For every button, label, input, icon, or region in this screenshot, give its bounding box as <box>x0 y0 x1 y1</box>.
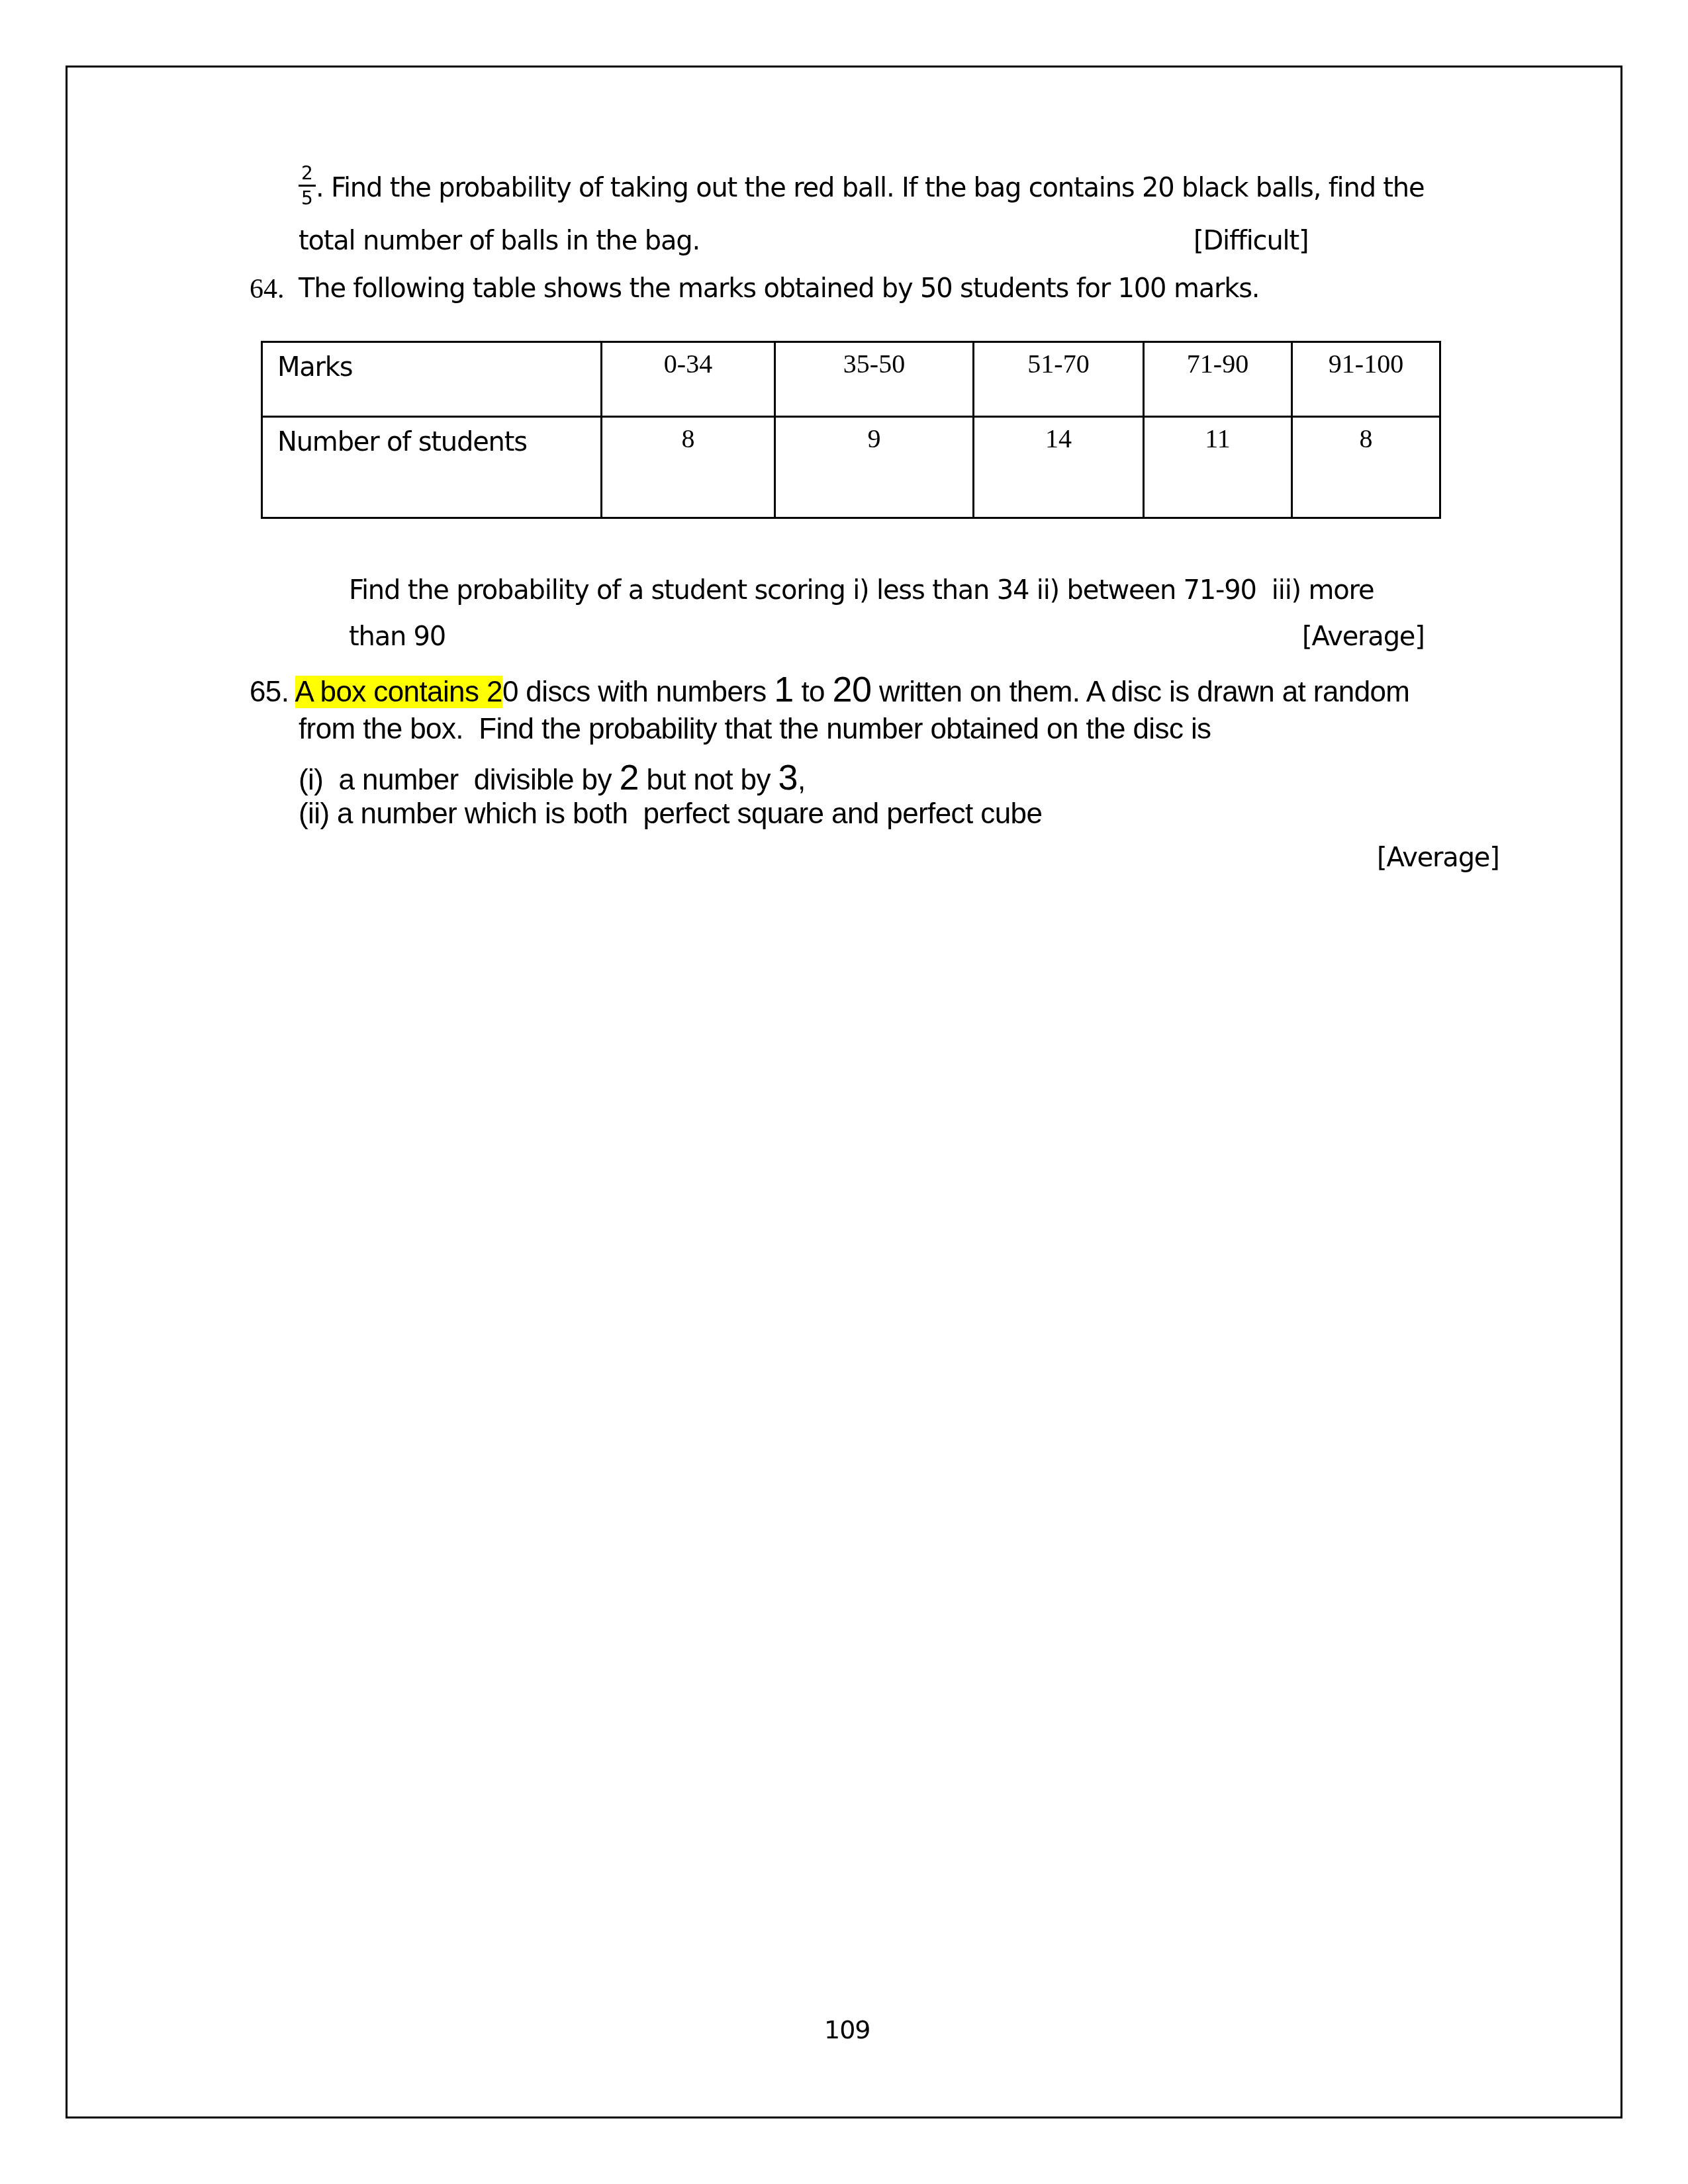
q65-part-i: (i) a number divisible by 2 but not by 3… <box>299 760 806 796</box>
table-row-students: Number of students 8 9 14 11 8 <box>262 417 1440 518</box>
fraction-two-fifths: 2 5 <box>299 164 316 208</box>
marks-range-cell: 91-100 <box>1292 342 1440 417</box>
page-number: 109 <box>824 2015 870 2044</box>
q64-number: 64. <box>250 275 285 303</box>
marks-table: Marks 0-34 35-50 51-70 71-90 91-100 Numb… <box>261 341 1441 519</box>
part-i-text: but not by <box>639 764 778 796</box>
marks-range-cell: 35-50 <box>775 342 974 417</box>
q65-highlighted-text: A box contains 2 <box>295 676 502 708</box>
student-count-cell: 8 <box>602 417 775 518</box>
q64-intro: The following table shows the marks obta… <box>299 275 1259 302</box>
q65-difficulty: [Average] <box>1377 844 1499 871</box>
student-count-cell: 8 <box>1292 417 1440 518</box>
row-label-students: Number of students <box>262 417 602 518</box>
table-row-marks: Marks 0-34 35-50 51-70 71-90 91-100 <box>262 342 1440 417</box>
q65-number-20: 20 <box>833 670 872 709</box>
q64-question-line1: Find the probability of a student scorin… <box>349 577 1374 604</box>
fraction-denominator: 5 <box>299 189 316 208</box>
q65-text: 0 discs with numbers <box>502 676 774 708</box>
fraction-numerator: 2 <box>299 164 316 183</box>
fraction-bar <box>299 185 316 187</box>
row-label-marks: Marks <box>262 342 602 417</box>
part-i-number-2: 2 <box>620 758 639 797</box>
q65-number: 65. <box>250 676 289 708</box>
part-i-text: , <box>798 764 806 796</box>
part-i-text: (i) a number divisible by <box>299 764 620 796</box>
q65-number-1: 1 <box>774 670 793 709</box>
q63-line2: total number of balls in the bag. <box>299 228 700 254</box>
q63-line1: . Find the probability of taking out the… <box>316 175 1424 201</box>
part-i-number-3: 3 <box>778 758 797 797</box>
q65-line1: 65. A box contains 20 discs with numbers… <box>250 672 1409 707</box>
marks-range-cell: 51-70 <box>974 342 1144 417</box>
q65-part-ii: (ii) a number which is both perfect squa… <box>299 799 1042 829</box>
q64-question-line2: than 90 <box>349 623 445 650</box>
student-count-cell: 14 <box>974 417 1144 518</box>
student-count-cell: 9 <box>775 417 974 518</box>
marks-range-cell: 71-90 <box>1144 342 1292 417</box>
marks-range-cell: 0-34 <box>602 342 775 417</box>
q65-line2: from the box. Find the probability that … <box>299 715 1211 744</box>
student-count-cell: 11 <box>1144 417 1292 518</box>
q65-text: written on them. A disc is drawn at rand… <box>871 676 1409 708</box>
q63-difficulty: [Difficult] <box>1194 228 1308 254</box>
q64-difficulty: [Average] <box>1302 623 1425 650</box>
q65-text: to <box>794 676 833 708</box>
